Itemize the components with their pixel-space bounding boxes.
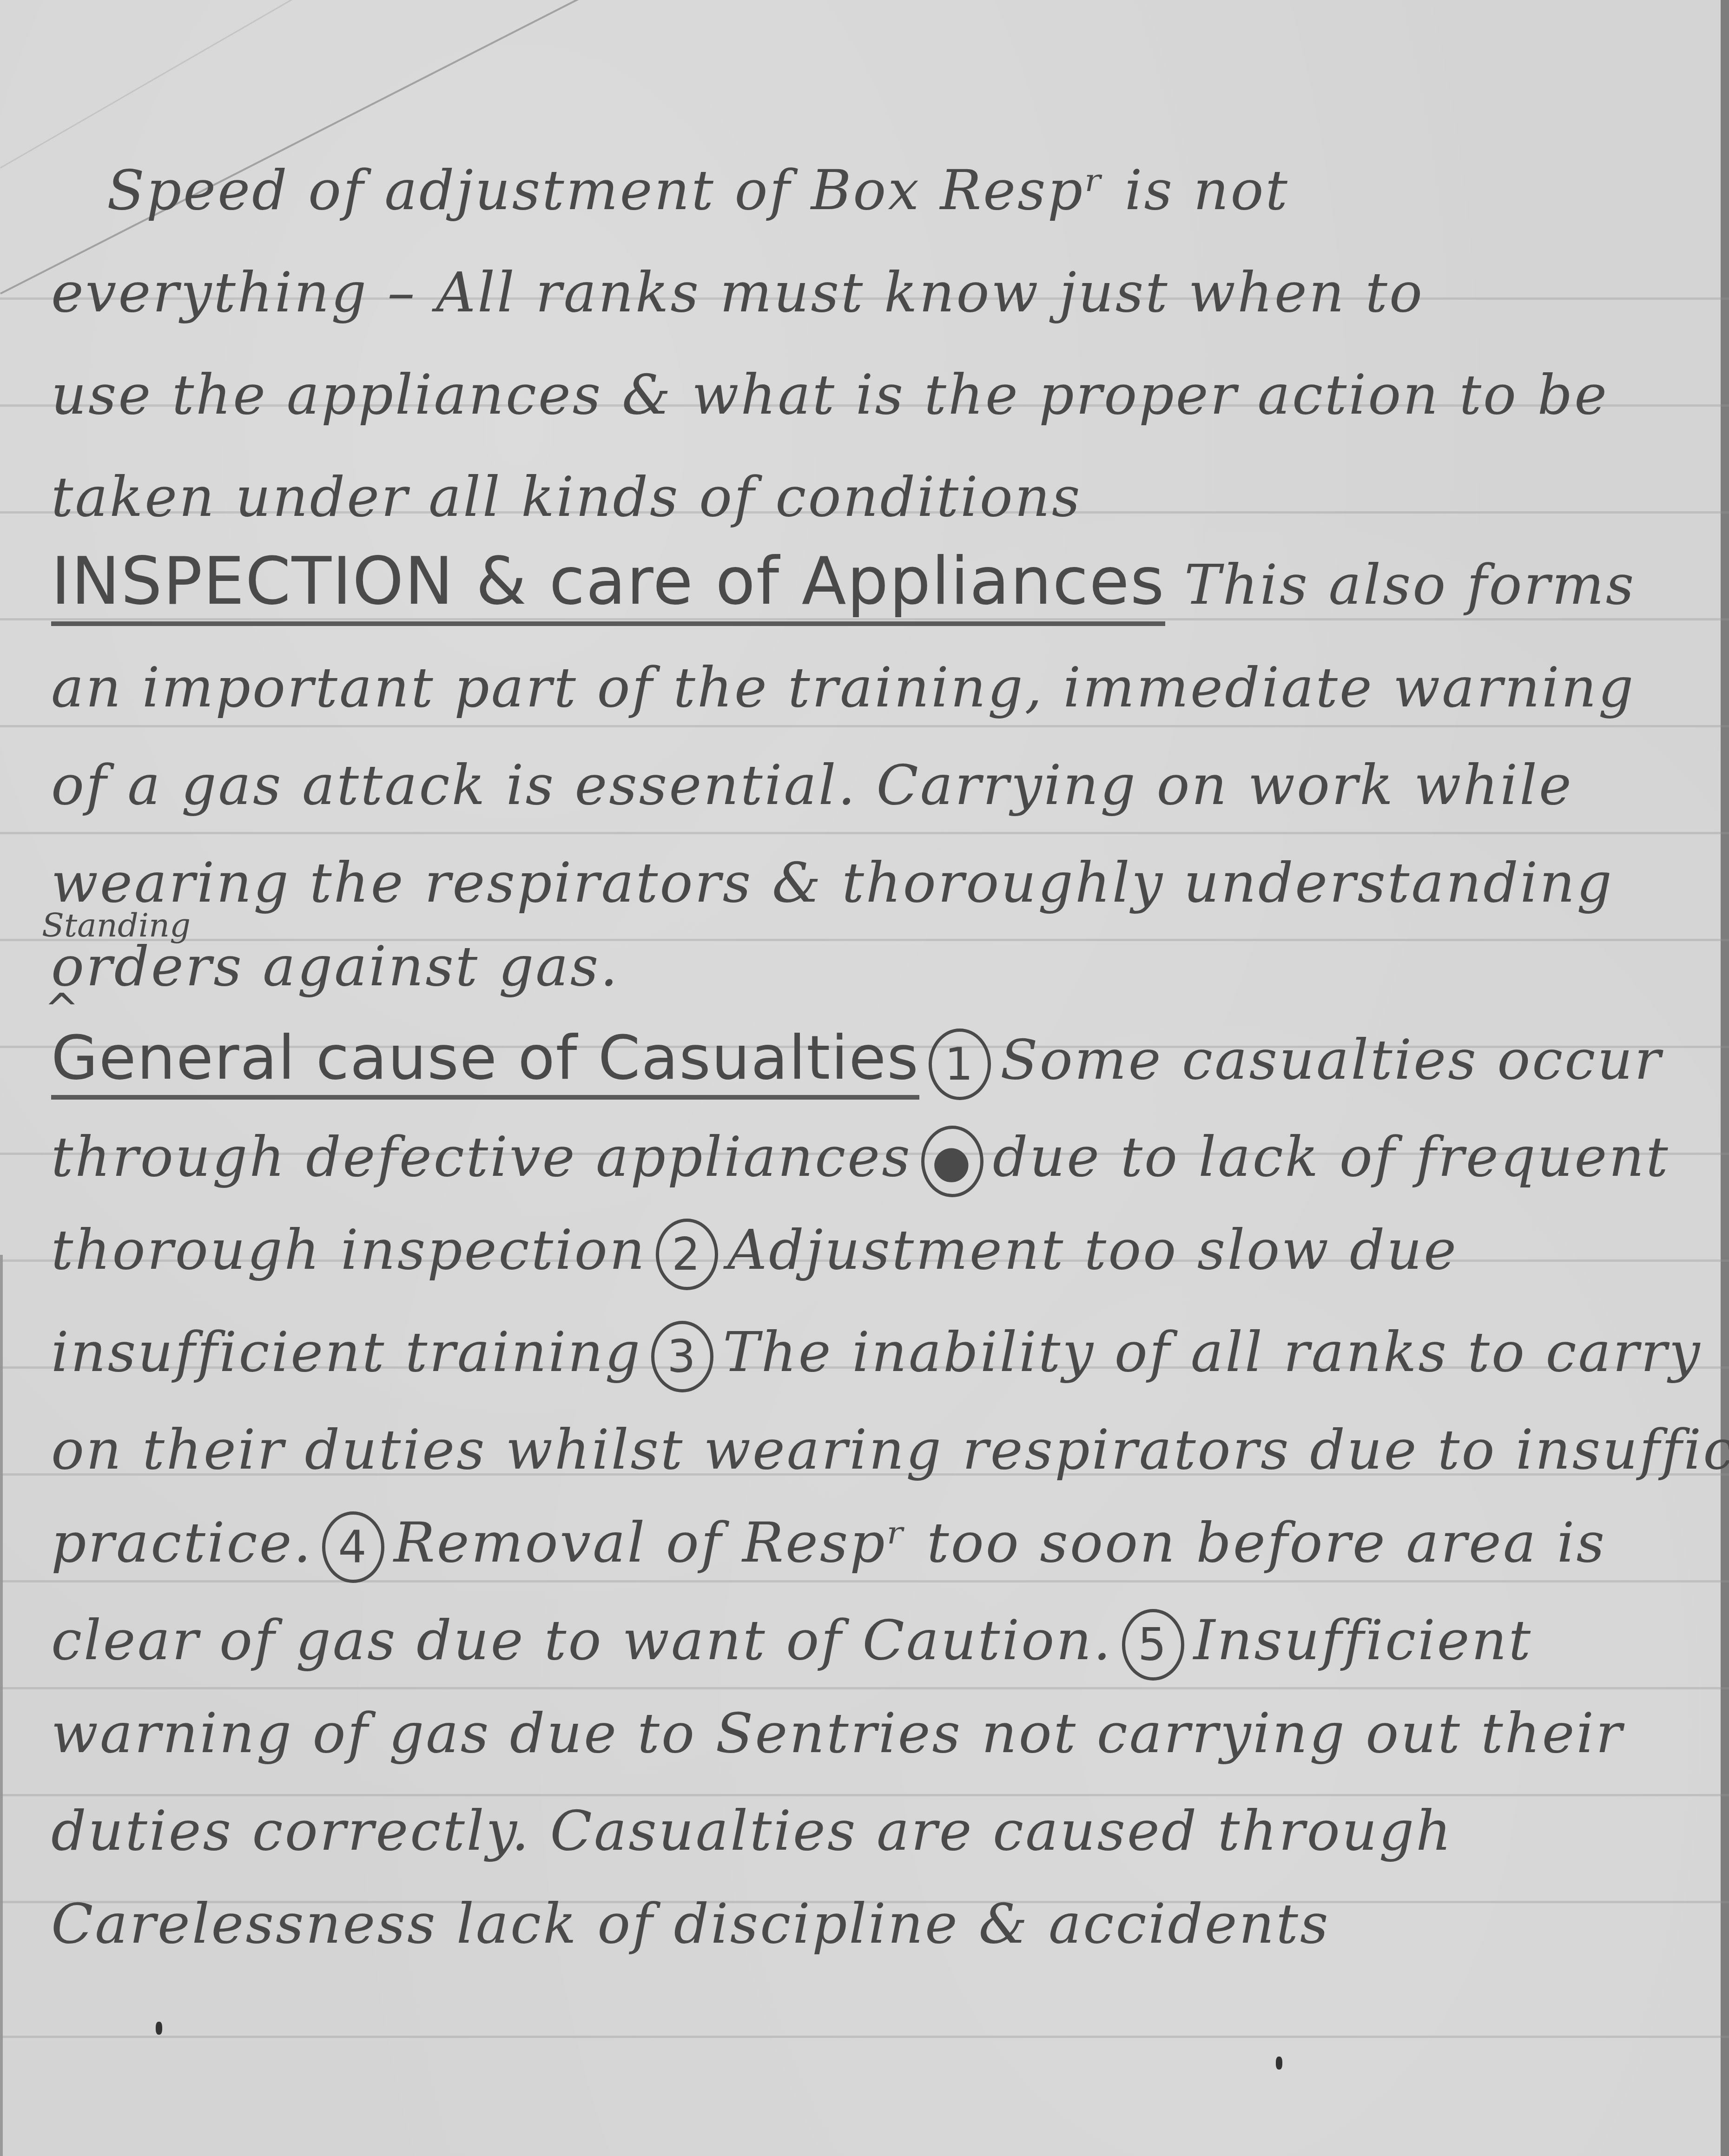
text-line-8: wearing the respirators & thoroughly und… xyxy=(51,851,1710,915)
line-text: Adjustment too slow due xyxy=(727,1218,1458,1282)
text-line-4: taken under all kinds of conditions xyxy=(51,465,1710,529)
line-text: Some casualties occur xyxy=(1000,1028,1663,1092)
text-line-15: practice.4Removal of Respʳ too soon befo… xyxy=(51,1510,1710,1583)
line-text: on their duties whilst wearing respirato… xyxy=(51,1418,1729,1482)
text-line-9: orders against gas. xyxy=(51,934,1710,998)
text-line-2: everything – All ranks must know just wh… xyxy=(51,260,1710,324)
text-line-1: Speed of adjustment of Box Respʳ is not xyxy=(107,158,1710,222)
text-line-13: insufficient training3The inability of a… xyxy=(51,1320,1710,1392)
text-line-17: warning of gas due to Sentries not carry… xyxy=(51,1701,1710,1765)
line-text: The inability of all ranks to carry xyxy=(723,1320,1702,1384)
circled-number: 5 xyxy=(1122,1609,1184,1681)
line-text: insufficient training xyxy=(51,1320,642,1384)
text-line-casualties: General cause of Casualties1Some casualt… xyxy=(51,1022,1710,1100)
line-text: duties correctly. Casualties are caused … xyxy=(51,1799,1453,1863)
line-text: This also forms xyxy=(1165,553,1636,617)
line-text: of a gas attack is essential. Carrying o… xyxy=(51,753,1573,817)
pencil-mark xyxy=(156,2022,162,2035)
line-text: warning of gas due to Sentries not carry… xyxy=(51,1701,1624,1765)
page-edge-left xyxy=(0,1255,3,2156)
circled-number-scribbled: ● xyxy=(921,1126,983,1197)
line-text: through defective appliances xyxy=(51,1125,912,1189)
line-text: wearing the respirators & thoroughly und… xyxy=(51,851,1614,915)
line-text: thorough inspection xyxy=(51,1218,647,1282)
ruled-line xyxy=(0,2036,1729,2038)
pencil-mark xyxy=(1276,2057,1282,2070)
text-line-18: duties correctly. Casualties are caused … xyxy=(51,1799,1710,1863)
text-line-16: clear of gas due to want of Caution.5Ins… xyxy=(51,1608,1710,1681)
ruled-line xyxy=(0,1687,1729,1689)
text-line-inspection: INSPECTION & care of Appliances This als… xyxy=(51,544,1710,620)
text-line-6: an important part of the training, immed… xyxy=(51,655,1710,719)
line-text: practice. xyxy=(51,1510,313,1575)
line-text: Removal of Respʳ too soon before area is xyxy=(394,1510,1606,1575)
page-edge-right xyxy=(1721,0,1729,2156)
text-line-11: through defective appliances●due to lack… xyxy=(51,1125,1710,1197)
circled-number: 1 xyxy=(929,1029,991,1100)
line-text: clear of gas due to want of Caution. xyxy=(51,1608,1113,1672)
text-line-14: on their duties whilst wearing respirato… xyxy=(51,1418,1710,1482)
circled-number: 2 xyxy=(656,1219,718,1290)
line-text: orders against gas. xyxy=(51,934,620,998)
text-line-19: Carelessness lack of discipline & accide… xyxy=(51,1892,1710,1956)
line-text: due to lack of frequent xyxy=(993,1125,1670,1189)
text-line-7: of a gas attack is essential. Carrying o… xyxy=(51,753,1710,817)
line-text: taken under all kinds of conditions xyxy=(51,465,1082,529)
line-text: Carelessness lack of discipline & accide… xyxy=(51,1892,1330,1956)
line-text: Insufficient xyxy=(1194,1608,1532,1672)
circled-number: 3 xyxy=(651,1321,713,1392)
line-text: everything – All ranks must know just wh… xyxy=(51,260,1424,324)
line-text: an important part of the training, immed… xyxy=(51,655,1635,719)
line-text: use the appliances & what is the proper … xyxy=(51,363,1609,427)
ruled-line xyxy=(0,832,1729,834)
circled-number: 4 xyxy=(322,1511,384,1583)
section-heading-inspection: INSPECTION & care of Appliances xyxy=(51,544,1165,626)
ruled-line xyxy=(0,725,1729,727)
section-heading-casualties: General cause of Casualties xyxy=(51,1022,919,1100)
ruled-line xyxy=(0,1794,1729,1796)
line-text: Speed of adjustment of Box Respʳ is not xyxy=(107,158,1289,222)
text-line-12: thorough inspection2Adjustment too slow … xyxy=(51,1218,1710,1290)
text-line-3: use the appliances & what is the proper … xyxy=(51,363,1710,427)
